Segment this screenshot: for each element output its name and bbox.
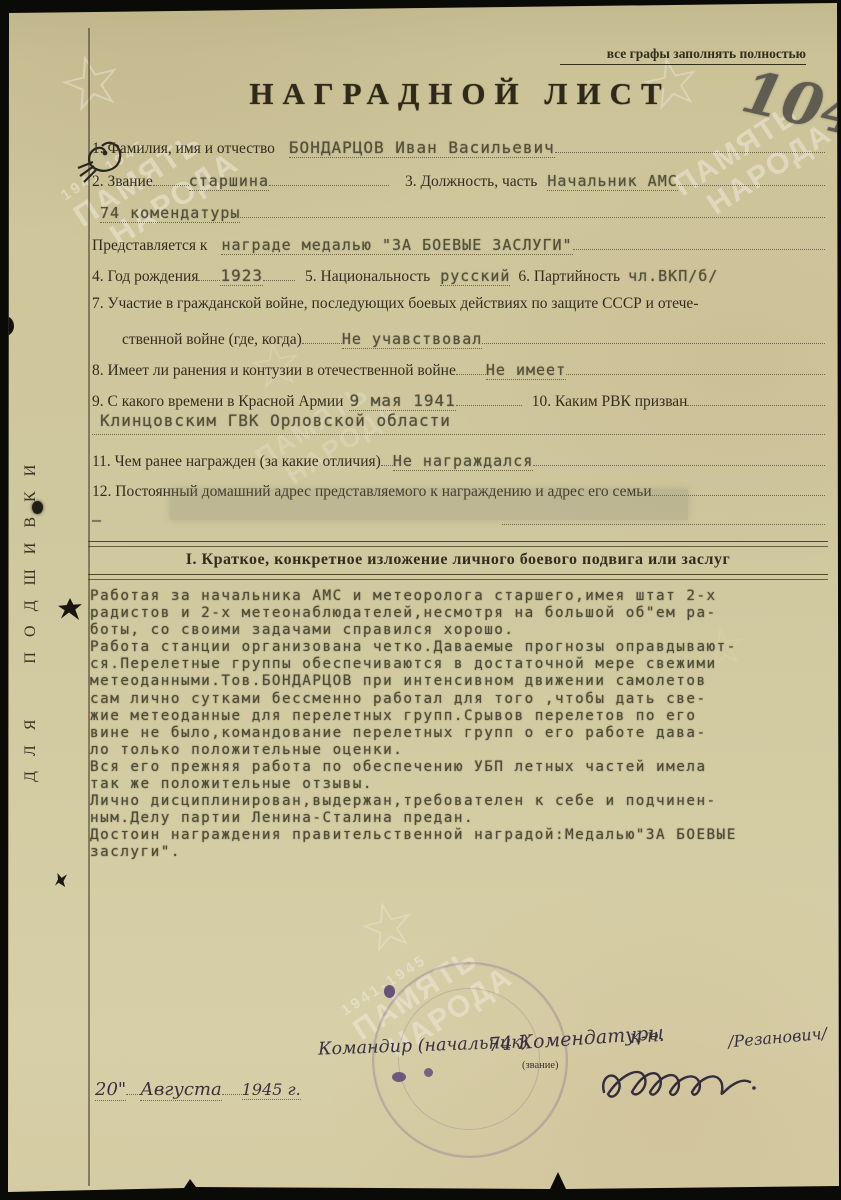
field-position-line2: 74 комендатуры — [92, 201, 825, 223]
body-line: Лично дисциплинирован,выдержан,требовате… — [90, 793, 827, 810]
dotted-leader — [502, 508, 825, 525]
field-civilwar-value: Не учавствовал — [342, 330, 482, 349]
body-line: боты, со своими задачами справился хорош… — [90, 622, 827, 639]
body-line: так же положительные отзывы. — [90, 776, 827, 793]
signature-autograph — [598, 1048, 758, 1108]
field-rvk-value: Клинцовским ГВК Орловской области — [100, 411, 451, 430]
field-army-since: 9. С какого времени в Красной Армии 9 ма… — [92, 389, 825, 411]
body-line: сам лично сутками бессменно работал для … — [90, 691, 827, 708]
field-army-since-value: 9 мая 1941 — [349, 391, 455, 411]
field-position-label: 3. Должность, часть — [405, 173, 537, 191]
field-civilwar-line2: ственной войне (где, когда) Не учавствов… — [92, 327, 825, 349]
body-line: Вся его прежняя работа по обеспечению УБ… — [90, 759, 827, 776]
document-title: НАГРАДНОЙ ЛИСТ — [230, 76, 690, 112]
field-previous-awards-label: 11. Чем ранее награжден (за какие отличи… — [92, 453, 381, 471]
dotted-leader — [482, 327, 825, 344]
ink-blot-small — [55, 873, 67, 887]
field-civilwar-label2: ственной войне (где, когда) — [122, 331, 302, 349]
paper-sheet: ☆ 1941 1945 ПАМЯТЬ НАРОДА ☆ ПАМЯТЬ НАРОД… — [0, 0, 841, 1200]
field-presented-label: Представляется к — [92, 237, 207, 255]
binding-margin-label: ДЛЯ ПОДШИВКИ — [22, 450, 40, 782]
field-rank-value: старшина — [189, 172, 269, 191]
ink-blot — [58, 598, 82, 620]
field-name-label: 1. Фамилия, имя и отчество — [92, 140, 275, 158]
field-home-address-line2: — — [92, 508, 825, 529]
stamp-ink-blob — [424, 1068, 433, 1077]
body-line: радистов и 2-х метеонаблюдателей,несмотр… — [90, 605, 827, 622]
field-position-value2: 74 комендатуры — [100, 204, 240, 223]
field-nationality-value: русский — [440, 267, 510, 286]
field-army-since-label: 9. С какого времени в Красной Армии — [92, 393, 343, 411]
dotted-leader — [573, 233, 825, 250]
field-rvk-label: 10. Каким РВК призван — [532, 393, 688, 411]
body-line: Работая за начальника АМС и метеоролога … — [90, 588, 827, 605]
ink-blot-edge — [0, 316, 14, 336]
field-presented: Представляется к награде медалью "ЗА БОЕ… — [92, 233, 825, 255]
field-rank-label: 2. Звание — [92, 173, 153, 191]
dotted-leader — [687, 389, 825, 406]
stamp-ink-blob — [392, 1072, 406, 1082]
body-line: ным.Делу партии Ленина-Сталина предан. — [90, 810, 827, 827]
date-day-handwritten: 20" — [95, 1079, 126, 1101]
field-birth-value: 1923 — [220, 266, 263, 286]
field-position-value: Начальник АМС — [547, 172, 677, 191]
section-heading: I. Краткое, конкретное изложение личного… — [88, 551, 828, 569]
field-presented-value: награде медалью "ЗА БОЕВЫЕ ЗАСЛУГИ" — [221, 236, 572, 255]
body-line: заслуги". — [90, 844, 827, 861]
field-party-value: чл.ВКП/б/ — [628, 267, 718, 285]
field-nationality-label: 5. Национальность — [305, 268, 430, 286]
field-birth-nationality-party: 4. Год рождения 1923 5. Национальность р… — [92, 264, 825, 286]
section-rule-top — [88, 541, 828, 547]
field-birth-label: 4. Год рождения — [92, 268, 198, 286]
dotted-leader — [566, 358, 825, 375]
section-rule-bottom — [88, 574, 828, 580]
field-wounds-value: Не имеет — [486, 361, 566, 380]
dotted-leader — [92, 432, 825, 435]
field-wounds-label: 8. Имеет ли ранения и контузии в отечест… — [92, 362, 456, 380]
date-row: 20" Августа 1945 г. — [95, 1078, 335, 1101]
stamp-ink-blob — [384, 985, 395, 998]
round-stamp-inner — [398, 988, 540, 1130]
field-rvk-value-row: Клинцовским ГВК Орловской области — [92, 411, 825, 430]
watermark-star-top-left: ☆ — [49, 33, 134, 132]
rank-handwritten: к-н. — [629, 1025, 665, 1048]
field-previous-awards: 11. Чем ранее награжден (за какие отличи… — [92, 449, 825, 471]
field-previous-awards-value: Не награждался — [393, 452, 533, 471]
field-civilwar-label: 7. Участие в гражданской войне, последую… — [92, 295, 825, 313]
body-line: ся.Перелетные группы обеспечиваются в до… — [90, 656, 827, 673]
field-wounds: 8. Имеет ли ранения и контузии в отечест… — [92, 358, 825, 380]
field-rank-position: 2. Звание старшина 3. Должность, часть Н… — [92, 169, 825, 191]
scanned-document: ☆ 1941 1945 ПАМЯТЬ НАРОДА ☆ ПАМЯТЬ НАРОД… — [0, 0, 841, 1200]
date-month-handwritten: Августа — [140, 1079, 222, 1101]
body-line: Работа станции организована четко.Даваем… — [90, 639, 827, 656]
field-name-value: БОНДАРЦОВ Иван Васильевич — [289, 138, 555, 158]
dotted-leader — [533, 449, 825, 466]
field-party-label: 6. Партийность — [518, 268, 620, 286]
rank-caption: (звание) — [522, 1060, 559, 1071]
dotted-leader — [555, 136, 825, 153]
field-home-address-value: — — [92, 511, 102, 529]
dotted-leader — [240, 201, 825, 218]
body-line: Достоин награждения правительственной на… — [90, 827, 827, 844]
field-name: 1. Фамилия, имя и отчество БОНДАРЦОВ Ива… — [92, 136, 825, 158]
dotted-leader — [678, 169, 825, 186]
body-line: вине не было,командование перелетных гру… — [90, 725, 827, 742]
body-line: ло только положительные оценки. — [90, 742, 827, 759]
citation-body: Работая за начальника АМС и метеоролога … — [90, 588, 827, 862]
punch-hole — [32, 501, 43, 514]
body-line: жие метеоданные для перелетных групп.Сры… — [90, 708, 827, 725]
date-year: 1945 г. — [242, 1080, 301, 1100]
body-line: метеоданными.Тов.БОНДАРЦОВ при интенсивн… — [90, 673, 827, 690]
